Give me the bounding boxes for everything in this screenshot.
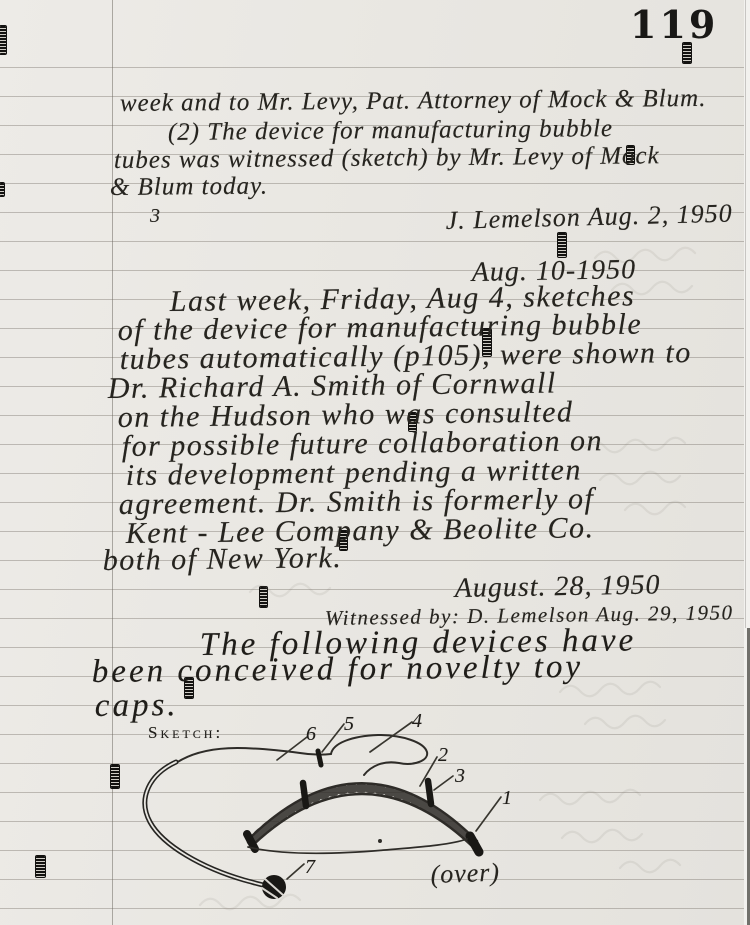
cap-outline-bump: [331, 735, 427, 775]
sketch-label: Sketch:: [148, 724, 223, 741]
fuse-ball: [262, 875, 286, 899]
sketch-callout-7: 7: [305, 857, 315, 877]
notebook-page: 119 week and to Mr. Levy, Pat. Attorney …: [0, 0, 750, 925]
fuse-ball-highlight: [265, 879, 283, 895]
handwriting-line: been conceived for novelty toy: [92, 651, 584, 689]
cap-band-end: [247, 834, 255, 849]
cap-base-line: [248, 839, 467, 853]
cap-outline: [176, 748, 331, 763]
handwriting-line: & Blum today.: [110, 174, 268, 200]
handwriting-line: week and to Mr. Levy, Pat. Attorney of M…: [120, 86, 707, 116]
ink-mark: [260, 587, 267, 607]
handwriting-line: caps.: [95, 689, 179, 723]
cap-band-outer: [250, 783, 477, 841]
leader-line-1: [476, 797, 501, 831]
handwriting-line: both of New York.: [103, 543, 343, 576]
ink-mark: [111, 765, 119, 788]
leader-line-2: [420, 757, 437, 786]
ink-mark: [558, 233, 566, 257]
entry-date-heading: August. 28, 1950: [455, 571, 661, 603]
cap-band-hatching: [251, 788, 475, 844]
ink-mark: [0, 26, 6, 54]
handwriting-line: tubes was witnessed (sketch) by Mr. Levy…: [114, 143, 660, 173]
leader-line-6: [277, 737, 307, 760]
ink-mark: [0, 183, 4, 196]
ink-mark: [683, 43, 691, 63]
sketch-callout-4: 4: [412, 711, 422, 731]
fuse-cord: [145, 762, 263, 885]
signature-line: J. Lemelson Aug. 2, 1950: [445, 200, 733, 234]
leader-line-4: [370, 722, 412, 752]
over-note: (over): [430, 860, 500, 888]
cap-band-clip: [303, 783, 306, 806]
cap-band-tick: [318, 751, 321, 765]
cap-base-dot: [378, 839, 382, 843]
leader-line-3: [434, 776, 453, 790]
leader-line-7: [287, 864, 304, 879]
sketch-callout-3: 3: [455, 766, 465, 786]
fuse-ball-highlight: [262, 888, 277, 898]
ink-mark: [36, 856, 45, 877]
cap-band-end: [470, 836, 479, 852]
sketch-callout-1: 1: [502, 788, 512, 808]
cap-band-clip: [428, 781, 431, 804]
footnote-number: 3: [150, 206, 160, 226]
page-edge-shadow: [745, 0, 746, 628]
leader-line-5: [322, 724, 344, 752]
fuse-cord-inner: [145, 762, 263, 885]
sketch-callout-2: 2: [438, 745, 448, 765]
page-number: 119: [630, 2, 718, 47]
cap-band-inner: [253, 794, 473, 847]
sketch-callout-5: 5: [344, 714, 354, 734]
handwriting-line: (2) The device for manufacturing bubble: [168, 116, 613, 145]
sketch-callout-6: 6: [306, 724, 316, 744]
